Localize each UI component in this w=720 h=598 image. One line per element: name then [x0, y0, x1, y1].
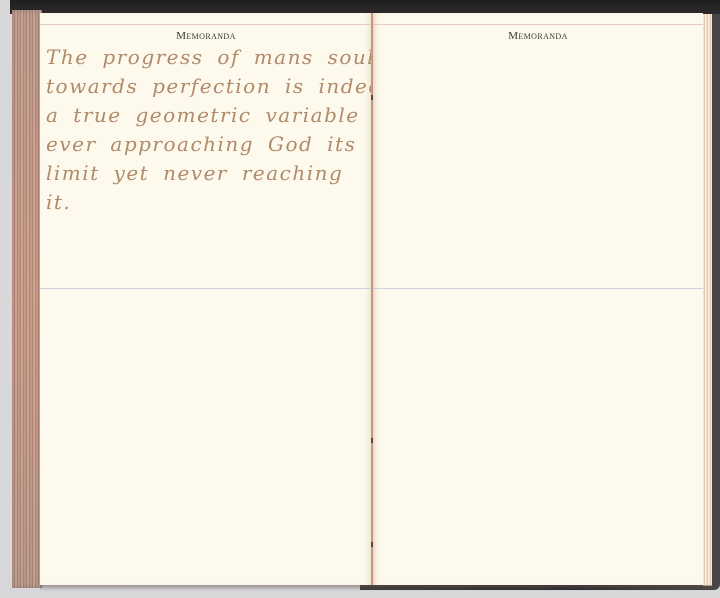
top-rule — [40, 24, 372, 25]
top-rule — [373, 24, 703, 25]
page-heading: Memoranda — [40, 30, 372, 42]
handwriting-line: limit yet never reaching — [46, 159, 371, 188]
left-page: Memoranda The progress of mans soul towa… — [40, 13, 372, 585]
handwriting-line: The progress of mans soul — [46, 43, 371, 72]
handwriting-line: it. — [46, 188, 371, 217]
middle-rule — [373, 288, 703, 289]
page-shadow — [40, 585, 712, 591]
handwriting-line: a true geometric variable — [46, 101, 371, 130]
open-notebook: Memoranda The progress of mans soul towa… — [0, 0, 720, 598]
middle-rule — [40, 288, 372, 289]
right-page: Memoranda — [373, 13, 703, 585]
book-cover-top-edge — [10, 0, 720, 14]
page-heading: Memoranda — [373, 30, 703, 42]
handwriting-line: ever approaching God its — [46, 130, 371, 159]
handwriting-line: towards perfection is indeed — [46, 72, 371, 101]
right-page-edges — [703, 14, 712, 586]
left-page-edges — [12, 10, 42, 588]
handwritten-note: The progress of mans soul towards perfec… — [46, 43, 371, 217]
